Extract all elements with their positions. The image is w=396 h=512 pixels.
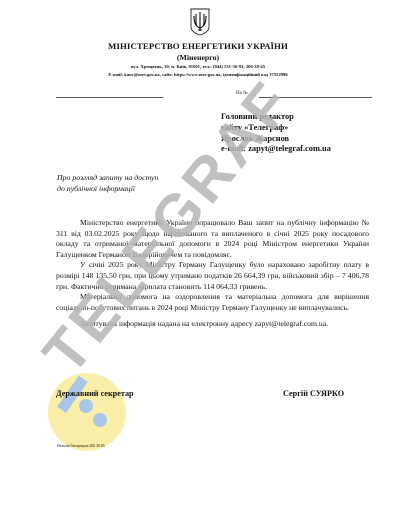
trident-coat-of-arms-icon — [190, 8, 210, 36]
letter-body: Міністерство енергетики України опрацюва… — [56, 218, 369, 330]
signatory-title: Державний секретар — [56, 389, 134, 398]
ministry-short-name: (Міненерго) — [0, 53, 396, 62]
reference-label: На № — [236, 91, 248, 96]
subject-line-1: Про розгляд запиту на доступ — [57, 173, 158, 184]
ministry-contacts: E-mail: kanc@mev.gov.ua, сайт: https://w… — [0, 72, 396, 77]
ministry-title: МІНІСТЕРСТВО ЕНЕРГЕТИКИ УКРАЇНИ — [0, 41, 396, 51]
recipient-name: Ярослав Жарснов — [221, 134, 331, 145]
recipient-organization: сайту «Телеграф» — [221, 123, 331, 134]
signatory-name: Сергій СУЯРКО — [283, 389, 344, 398]
subject-block: Про розгляд запиту на доступ до публічно… — [57, 173, 158, 194]
body-paragraph-4: Запитувана інформація надана на електрон… — [56, 319, 369, 330]
recipient-block: Головний редактор сайту «Телеграф» Яросл… — [221, 112, 331, 155]
document-page: МІНІСТЕРСТВО ЕНЕРГЕТИКИ УКРАЇНИ (Міненер… — [0, 0, 396, 512]
recipient-position: Головний редактор — [221, 112, 331, 123]
telegraf-logo-icon — [47, 372, 127, 452]
reference-number-line — [259, 97, 372, 98]
recipient-email: e-mail: zapyt@telegraf.com.ua — [221, 144, 331, 155]
body-paragraph-3: Матеріальна допомога на оздоровлення та … — [56, 292, 369, 313]
ministry-address: вул. Хрещатик, 30, м. Київ, 01601, тел.:… — [0, 64, 396, 69]
subject-line-2: до публічної інформації — [57, 184, 158, 195]
executor-note: Наталія Гвоздецька 206 38 83 — [57, 444, 105, 448]
body-paragraph-2: У січні 2025 року Міністру Герману Галущ… — [56, 260, 369, 292]
outgoing-number-line — [56, 97, 163, 98]
body-paragraph-1: Міністерство енергетики України опрацюва… — [56, 218, 369, 260]
